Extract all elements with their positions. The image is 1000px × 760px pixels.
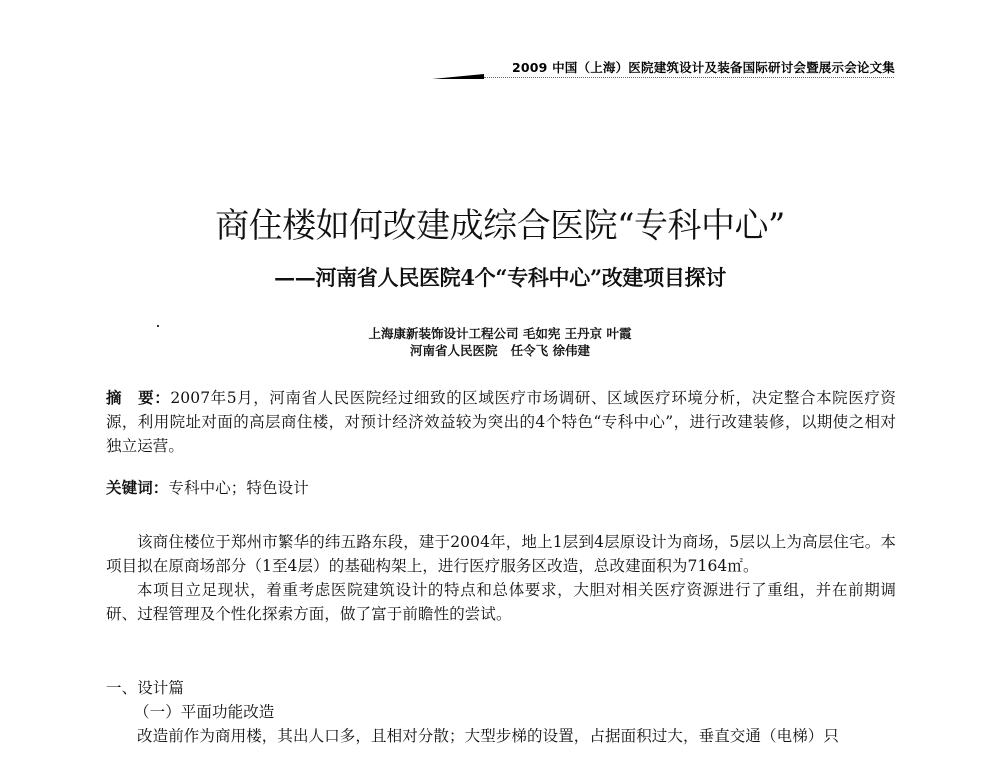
header-rule-wedge <box>432 74 484 79</box>
keywords-label: 关键词： <box>106 479 168 497</box>
header-rule-dots <box>484 77 894 79</box>
body-paragraph-1: 该商住楼位于郑州市繁华的纬五路东段，建于2004年，地上1层到4层原设计为商场，… <box>106 530 896 578</box>
subsection-heading-layout: （一）平面功能改造 <box>106 700 924 724</box>
abstract-label: 摘 要： <box>106 389 170 407</box>
body-paragraph-3: 改造前作为商用楼，其出人口多，且相对分散；大型步梯的设置，占据面积过大，垂直交通… <box>106 724 896 748</box>
keywords-text: 专科中心；特色设计 <box>168 479 308 497</box>
paper-title: 商住楼如何改建成综合医院“专科中心” <box>0 198 1000 247</box>
body-paragraph-2: 本项目立足现状，着重考虑医院建筑设计的特点和总体要求，大胆对相关医疗资源进行了重… <box>106 578 896 626</box>
abstract: 摘 要：2007年5月，河南省人民医院经过细致的区域医疗市场调研、区域医疗环境分… <box>106 386 896 458</box>
abstract-text: 2007年5月，河南省人民医院经过细致的区域医疗市场调研、区域医疗环境分析，决定… <box>106 389 896 455</box>
author-line-1: 上海康新装饰设计工程公司 毛如宪 王丹京 叶霞 <box>0 325 1000 342</box>
author-block: 上海康新装饰设计工程公司 毛如宪 王丹京 叶霞 河南省人民医院 任令飞 徐伟建 <box>0 325 1000 359</box>
author-line-2: 河南省人民医院 任令飞 徐伟建 <box>0 342 1000 359</box>
header-rule <box>432 74 894 78</box>
section-heading-design: 一、设计篇 <box>106 676 896 700</box>
keywords: 关键词：专科中心；特色设计 <box>106 476 896 500</box>
paper-subtitle: ——河南省人民医院4个“专科中心”改建项目探讨 <box>0 262 1000 292</box>
